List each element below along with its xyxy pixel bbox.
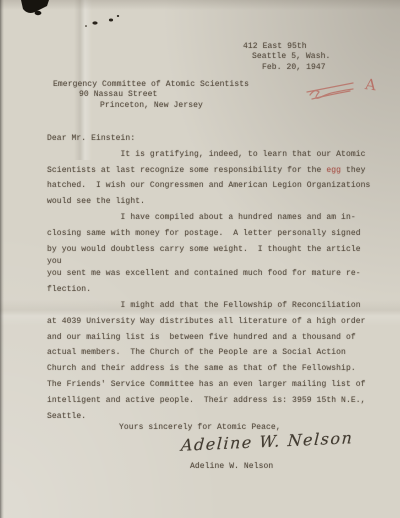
recipient-address-line: Emergency Committee of Atomic Scientists <box>53 80 249 90</box>
letter-line: you <box>47 257 377 266</box>
letter-line: Seattle. <box>47 409 377 425</box>
recipient-address-block: Emergency Committee of Atomic Scientists… <box>53 80 249 111</box>
red-pencil-annotation: A <box>303 74 395 108</box>
letter-line: you sent me was excellent and contained … <box>47 266 377 282</box>
letter-page: A 412 East 95thSeattle 5, Wash.Feb. 20, … <box>0 0 400 518</box>
line-text: Scientists at last recognize some respon… <box>47 166 326 175</box>
letter-body: Dear Mr. Einstein: It is gratifying, ind… <box>47 131 377 424</box>
letter-line: It is gratifying, indeed, to learn that … <box>47 147 377 163</box>
sender-address-block: 412 East 95thSeattle 5, Wash.Feb. 20, 19… <box>243 42 330 73</box>
letter-line: flection. <box>47 282 377 298</box>
typed-name: Adeline W. Nelson <box>190 462 273 471</box>
red-typed-word: egg <box>326 166 341 175</box>
sender-address-line: Seattle 5, Wash. <box>252 52 330 62</box>
letter-line: at 4039 University Way distributes all l… <box>47 314 377 330</box>
letter-line: hatched. I wish our Congressmen and Amer… <box>47 178 377 194</box>
handwritten-signature: Adeline W. Nelson <box>180 428 353 455</box>
letter-line: Church and their address is the same as … <box>47 361 377 377</box>
letter-line: Scientists at last recognize some respon… <box>47 163 377 179</box>
letter-line: actual members. The Church of the People… <box>47 345 377 361</box>
sender-address-line: Feb. 20, 1947 <box>262 63 330 73</box>
closing-line: Yours sincerely for Atomic Peace, <box>119 423 281 432</box>
letter-line: I might add that the Fellowship of Recon… <box>47 298 377 314</box>
letter-line: Dear Mr. Einstein: <box>47 131 377 147</box>
ink-mark <box>0 0 140 32</box>
letter-line: The Friends' Service Committee has an ev… <box>47 377 377 393</box>
letter-line: by you would doubtless carry some weight… <box>47 242 377 258</box>
letter-line: I have compiled about a hundred names an… <box>47 210 377 226</box>
letter-line: and our mailing list is between five hun… <box>47 330 377 346</box>
letter-line: closing same with money for postage. A l… <box>47 226 377 242</box>
line-text: they <box>341 166 366 175</box>
letter-line: intelligent and active people. Their add… <box>47 393 377 409</box>
recipient-address-line: Princeton, New Jersey <box>100 101 249 111</box>
letter-line: would see the light. <box>47 194 377 210</box>
sender-address-line: 412 East 95th <box>243 42 330 52</box>
recipient-address-line: 90 Nassau Street <box>79 90 249 100</box>
annotation-letter: A <box>363 75 377 94</box>
